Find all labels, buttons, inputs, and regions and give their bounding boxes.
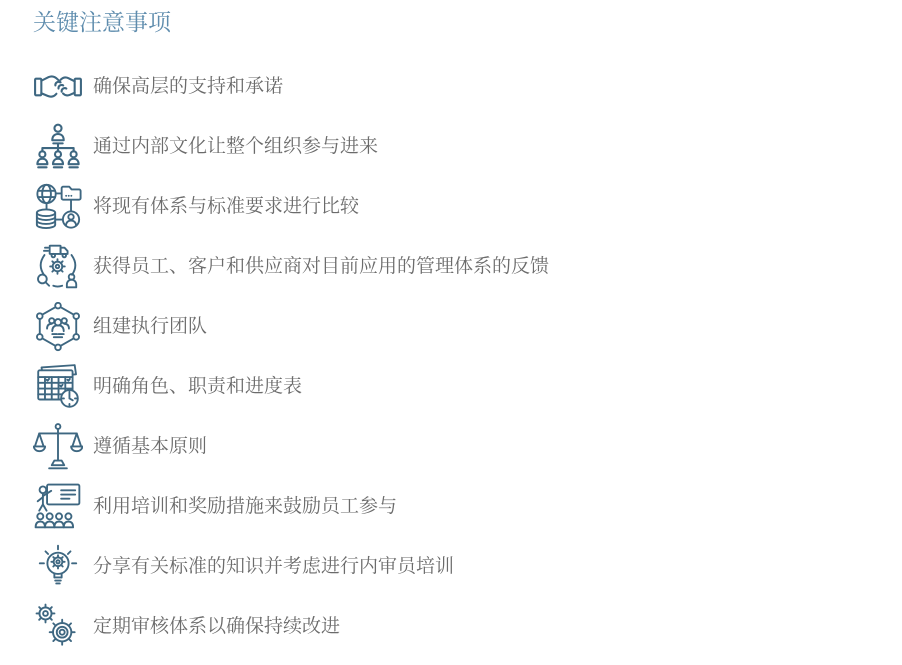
org-hierarchy-icon: [33, 121, 83, 173]
list-item-text: 获得员工、客户和供应商对目前应用的管理体系的反馈: [93, 254, 549, 280]
key-points-page: 关键注意事项 确保高层的支持和承诺: [0, 0, 902, 657]
list-item-text: 遵循基本原则: [93, 434, 207, 460]
list-item: 分享有关标准的知识并考虑进行内审员培训: [33, 537, 902, 597]
balance-scale-icon: [33, 421, 83, 473]
list-item-text: 分享有关标准的知识并考虑进行内审员培训: [93, 554, 454, 580]
team-network-icon: [33, 301, 83, 353]
key-points-list: 确保高层的支持和承诺: [33, 57, 902, 657]
list-item: 利用培训和奖励措施来鼓励员工参与: [33, 477, 902, 537]
list-item: 定期审核体系以确保持续改进: [33, 597, 902, 657]
feedback-cycle-icon: [33, 241, 83, 293]
list-item-text: 将现有体系与标准要求进行比较: [93, 194, 359, 220]
lightbulb-gear-icon: [33, 541, 83, 593]
list-item-text: 利用培训和奖励措施来鼓励员工参与: [93, 494, 397, 520]
list-item-text: 确保高层的支持和承诺: [93, 74, 283, 100]
list-item: 确保高层的支持和承诺: [33, 57, 902, 117]
list-item-text: 通过内部文化让整个组织参与进来: [93, 134, 378, 160]
system-comparison-icon: [33, 181, 83, 233]
list-item-text: 组建执行团队: [93, 314, 207, 340]
list-item: 将现有体系与标准要求进行比较: [33, 177, 902, 237]
handshake-icon: [33, 61, 83, 113]
gears-icon: [33, 601, 83, 653]
list-item-text: 定期审核体系以确保持续改进: [93, 614, 340, 640]
list-item-text: 明确角色、职责和进度表: [93, 374, 302, 400]
training-presentation-icon: [33, 481, 83, 533]
list-item: 明确角色、职责和进度表: [33, 357, 902, 417]
list-item: 获得员工、客户和供应商对目前应用的管理体系的反馈: [33, 237, 902, 297]
calendar-clock-icon: [33, 361, 83, 413]
list-item: 通过内部文化让整个组织参与进来: [33, 117, 902, 177]
list-item: 组建执行团队: [33, 297, 902, 357]
page-title: 关键注意事项: [33, 8, 902, 36]
list-item: 遵循基本原则: [33, 417, 902, 477]
